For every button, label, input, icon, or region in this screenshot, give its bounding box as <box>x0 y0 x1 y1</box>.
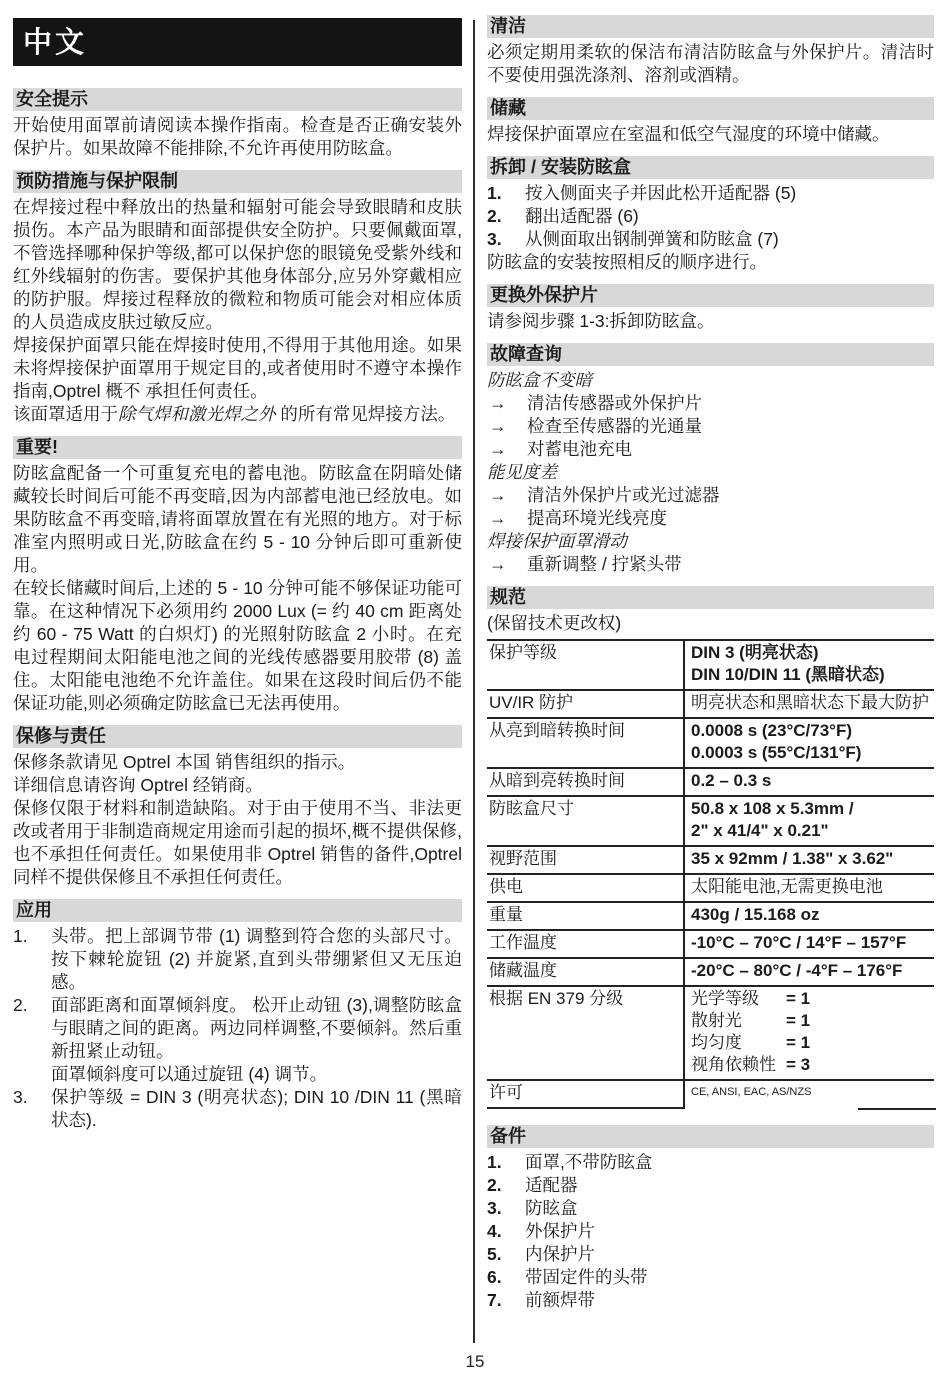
specs-note: (保留技术更改权) <box>487 612 934 635</box>
list-item: 5.内保护片 <box>487 1243 934 1266</box>
section-disassembly: 拆卸 / 安装防眩盒 1. 按入侧面夹子并因此松开适配器 (5) 2. 翻出适配… <box>487 156 934 274</box>
section-replace-lens: 更换外保护片 请参阅步骤 1-3:拆卸防眩盒。 <box>487 284 934 333</box>
section-heading-replace-lens: 更换外保护片 <box>487 284 934 307</box>
spec-label: UV/IR 防护 <box>487 690 684 718</box>
section-heading-safety: 安全提示 <box>13 88 462 111</box>
section-storage: 储藏 焊接保护面罩应在室温和低空气湿度的环境中储藏。 <box>487 97 934 146</box>
spec-label: 从亮到暗转换时间 <box>487 718 684 768</box>
page-number: 15 <box>0 1352 950 1372</box>
spec-value: -10°C – 70°C / 14°F – 157°F <box>684 930 934 958</box>
left-column: 中文 安全提示 开始使用面罩前请阅读本操作指南。检查是否正确安装外保护片。如果故… <box>13 18 462 1142</box>
paragraph-storage: 焊接保护面罩应在室温和低空气湿度的环境中储藏。 <box>487 123 934 146</box>
list-item: 6.带固定件的头带 <box>487 1266 934 1289</box>
paragraph-important-1: 防眩盒配备一个可重复充电的蓄电池。防眩盒在阴暗处储藏较长时间后可能不再变暗,因为… <box>13 462 462 577</box>
spec-value-line: -20°C – 80°C / -4°F – 176°F <box>691 960 930 982</box>
spec-label: 保护等级 <box>487 640 684 690</box>
spec-label: 储藏温度 <box>487 958 684 986</box>
section-heading-specs: 规范 <box>487 586 934 609</box>
spec-row: 视野范围 35 x 92mm / 1.38" x 3.62" <box>487 846 934 874</box>
spec-row: 重量 430g / 15.168 oz <box>487 902 934 930</box>
spec-value: 0.2 – 0.3 s <box>684 768 934 796</box>
section-heading-warranty: 保修与责任 <box>13 725 462 748</box>
text-run: 该面罩适用于 <box>13 404 118 424</box>
section-heading-cleaning: 清洁 <box>487 15 934 38</box>
section-heading-application: 应用 <box>13 899 462 922</box>
paragraph-precautions-2: 焊接保护面罩只能在焊接时使用,不得用于其他用途。如果未将焊接保护面罩用于规定目的… <box>13 334 462 403</box>
paragraph-precautions-3: 该面罩适用于除气焊和激光焊之外 的所有常见焊接方法。 <box>13 403 462 426</box>
paragraph-safety: 开始使用面罩前请阅读本操作指南。检查是否正确安装外保护片。如果故障不能排除,不允… <box>13 114 462 160</box>
text-run: 的所有常见焊接方法。 <box>276 404 456 424</box>
list-item-text: 从侧面取出钢制弹簧和防眩盒 (7) <box>525 228 934 251</box>
spec-row: 根据 EN 379 分级 光学等级= 1 散射光= 1 均匀度= 1 视角依赖性… <box>487 986 934 1080</box>
list-number: 2. <box>487 205 525 228</box>
spec-value-line: 明亮状态和黑暗状态下最大防护 <box>691 692 930 714</box>
list-item-text: 前额焊带 <box>525 1289 934 1312</box>
spec-value-line: 50.8 x 108 x 5.3mm / <box>691 798 930 820</box>
list-item: 4.外保护片 <box>487 1220 934 1243</box>
en379-line: 视角依赖性= 3 <box>691 1054 930 1076</box>
section-troubleshooting: 故障查询 防眩盒不变暗 →清洁传感器或外保护片 →检查至传感器的光通量 →对蓄电… <box>487 343 934 576</box>
spec-value-line: 2" x 41/4" x 0.21" <box>691 820 930 842</box>
solution-line: →重新调整 / 拧紧头带 <box>487 553 934 576</box>
spec-label: 供电 <box>487 874 684 902</box>
section-heading-troubleshooting: 故障查询 <box>487 343 934 366</box>
paragraph-precautions-1: 在焊接过程中释放出的热量和辐射可能会导致眼睛和皮肤损伤。本产品为眼睛和面部提供安… <box>13 196 462 334</box>
spec-value-line: CE, ANSI, EAC, AS/NZS <box>691 1082 930 1100</box>
spec-row: 保护等级 DIN 3 (明亮状态)DIN 10/DIN 11 (黑暗状态) <box>487 640 934 690</box>
spec-row: 储藏温度 -20°C – 80°C / -4°F – 176°F <box>487 958 934 986</box>
spec-value: DIN 3 (明亮状态)DIN 10/DIN 11 (黑暗状态) <box>684 640 934 690</box>
language-banner: 中文 <box>13 18 462 66</box>
manual-page: 中文 安全提示 开始使用面罩前请阅读本操作指南。检查是否正确安装外保护片。如果故… <box>0 0 950 1383</box>
spec-row: 许可 CE, ANSI, EAC, AS/NZS <box>487 1080 934 1108</box>
list-number: 3. <box>487 228 525 251</box>
spec-value: 0.0008 s (23°C/73°F)0.0003 s (55°C/131°F… <box>684 718 934 768</box>
arrow-icon: → <box>487 507 527 530</box>
section-heading-disassembly: 拆卸 / 安装防眩盒 <box>487 156 934 179</box>
list-item: 2. 翻出适配器 (6) <box>487 205 934 228</box>
spec-value: 太阳能电池,无需更换电池 <box>684 874 934 902</box>
paragraph-cleaning: 必须定期用柔软的保洁布清洁防眩盒与外保护片。清洁时不要使用强洗涤剂、溶剂或酒精。 <box>487 41 934 87</box>
problem-title: 防眩盒不变暗 <box>487 369 934 392</box>
section-precautions: 预防措施与保护限制 在焊接过程中释放出的热量和辐射可能会导致眼睛和皮肤损伤。本产… <box>13 170 462 426</box>
arrow-icon: → <box>487 484 527 507</box>
list-number: 1. <box>487 1151 525 1174</box>
list-item: 2.适配器 <box>487 1174 934 1197</box>
spec-value: 430g / 15.168 oz <box>684 902 934 930</box>
list-number: 2. <box>487 1174 525 1197</box>
list-item: 3. 保护等级 = DIN 3 (明亮状态); DIN 10 /DIN 11 (… <box>13 1086 462 1132</box>
section-cleaning: 清洁 必须定期用柔软的保洁布清洁防眩盒与外保护片。清洁时不要使用强洗涤剂、溶剂或… <box>487 15 934 87</box>
list-item-text: 内保护片 <box>525 1243 934 1266</box>
spec-value: -20°C – 80°C / -4°F – 176°F <box>684 958 934 986</box>
spec-label: 重量 <box>487 902 684 930</box>
spec-value: CE, ANSI, EAC, AS/NZS <box>684 1080 934 1108</box>
arrow-icon: → <box>487 553 527 576</box>
list-item: 1. 按入侧面夹子并因此松开适配器 (5) <box>487 182 934 205</box>
spec-value: 50.8 x 108 x 5.3mm /2" x 41/4" x 0.21" <box>684 796 934 846</box>
section-heading-spare-parts: 备件 <box>487 1125 934 1148</box>
solution-line: →对蓄电池充电 <box>487 438 934 461</box>
solution-line: →清洁外保护片或光过滤器 <box>487 484 934 507</box>
solution-text: 重新调整 / 拧紧头带 <box>527 553 682 576</box>
spec-label: 从暗到亮转换时间 <box>487 768 684 796</box>
list-item: 3. 从侧面取出钢制弹簧和防眩盒 (7) <box>487 228 934 251</box>
spec-label: 许可 <box>487 1080 684 1108</box>
arrow-icon: → <box>487 438 527 461</box>
arrow-icon: → <box>487 415 527 438</box>
section-application: 应用 1. 头带。把上部调节带 (1) 调整到符合您的头部尺寸。按下棘轮旋钮 (… <box>13 899 462 1132</box>
solution-text: 清洁外保护片或光过滤器 <box>527 484 720 507</box>
solution-text: 提高环境光线亮度 <box>527 507 667 530</box>
paragraph-warranty-2: 详细信息请咨询 Optrel 经销商。 <box>13 774 462 797</box>
spec-row: 从亮到暗转换时间 0.0008 s (23°C/73°F)0.0003 s (5… <box>487 718 934 768</box>
list-item: 3.防眩盒 <box>487 1197 934 1220</box>
spec-value-line: 0.0008 s (23°C/73°F) <box>691 720 930 742</box>
list-number: 6. <box>487 1266 525 1289</box>
paragraph-warranty-1: 保修条款请见 Optrel 本国 销售组织的指示。 <box>13 751 462 774</box>
spec-label: 根据 EN 379 分级 <box>487 986 684 1080</box>
list-item-text: 外保护片 <box>525 1220 934 1243</box>
spec-value-line: 0.0003 s (55°C/131°F) <box>691 742 930 764</box>
solution-text: 清洁传感器或外保护片 <box>527 392 702 415</box>
column-divider <box>473 20 475 1343</box>
solution-line: →清洁传感器或外保护片 <box>487 392 934 415</box>
en379-line: 光学等级= 1 <box>691 988 930 1010</box>
spec-value: 明亮状态和黑暗状态下最大防护 <box>684 690 934 718</box>
spec-row: 供电 太阳能电池,无需更换电池 <box>487 874 934 902</box>
spec-label: 视野范围 <box>487 846 684 874</box>
list-number: 3. <box>13 1086 51 1132</box>
en379-line: 均匀度= 1 <box>691 1032 930 1054</box>
spec-value-line: DIN 3 (明亮状态) <box>691 642 930 664</box>
list-number: 5. <box>487 1243 525 1266</box>
list-item-text: 头带。把上部调节带 (1) 调整到符合您的头部尺寸。按下棘轮旋钮 (2) 并旋紧… <box>51 925 462 994</box>
right-column: 清洁 必须定期用柔软的保洁布清洁防眩盒与外保护片。清洁时不要使用强洗涤剂、溶剂或… <box>487 15 934 1322</box>
spec-row: UV/IR 防护 明亮状态和黑暗状态下最大防护 <box>487 690 934 718</box>
spec-value-line: -10°C – 70°C / 14°F – 157°F <box>691 932 930 954</box>
section-safety: 安全提示 开始使用面罩前请阅读本操作指南。检查是否正确安装外保护片。如果故障不能… <box>13 88 462 160</box>
solution-text: 检查至传感器的光通量 <box>527 415 702 438</box>
spec-row: 工作温度 -10°C – 70°C / 14°F – 157°F <box>487 930 934 958</box>
spec-row: 从暗到亮转换时间 0.2 – 0.3 s <box>487 768 934 796</box>
list-item-text: 带固定件的头带 <box>525 1266 934 1289</box>
list-item-text: 面罩,不带防眩盒 <box>525 1151 934 1174</box>
section-heading-important: 重要! <box>13 436 462 459</box>
list-item: 1. 头带。把上部调节带 (1) 调整到符合您的头部尺寸。按下棘轮旋钮 (2) … <box>13 925 462 994</box>
spec-value-line: DIN 10/DIN 11 (黑暗状态) <box>691 664 930 686</box>
list-item-text: 防眩盒 <box>525 1197 934 1220</box>
list-item-text2: 面罩倾斜度可以通过旋钮 (4) 调节。 <box>51 1063 462 1086</box>
list-item-text: 适配器 <box>525 1174 934 1197</box>
list-number: 1. <box>487 182 525 205</box>
section-warranty: 保修与责任 保修条款请见 Optrel 本国 销售组织的指示。 详细信息请咨询 … <box>13 725 462 889</box>
solution-line: →提高环境光线亮度 <box>487 507 934 530</box>
list-number: 4. <box>487 1220 525 1243</box>
list-item-text: 面部距离和面罩倾斜度。 松开止动钮 (3),调整防眩盒与眼睛之间的距离。两边同样… <box>51 994 462 1063</box>
arrow-icon: → <box>487 392 527 415</box>
spec-value-line: 太阳能电池,无需更换电池 <box>691 876 930 898</box>
paragraph-replace-lens: 请参阅步骤 1-3:拆卸防眩盒。 <box>487 310 934 333</box>
paragraph-warranty-3: 保修仅限于材料和制造缺陷。对于由于使用不当、非法更改或者用于非制造商规定用途而引… <box>13 797 462 889</box>
spec-value-line: 35 x 92mm / 1.38" x 3.62" <box>691 848 930 870</box>
section-heading-storage: 储藏 <box>487 97 934 120</box>
list-number: 2. <box>13 994 51 1086</box>
list-number: 1. <box>13 925 51 994</box>
list-item: 2. 面部距离和面罩倾斜度。 松开止动钮 (3),调整防眩盒与眼睛之间的距离。两… <box>13 994 462 1086</box>
list-item-text: 翻出适配器 (6) <box>525 205 934 228</box>
spec-value: 光学等级= 1 散射光= 1 均匀度= 1 视角依赖性= 3 <box>684 986 934 1080</box>
solution-line: →检查至传感器的光通量 <box>487 415 934 438</box>
spec-label: 防眩盒尺寸 <box>487 796 684 846</box>
solution-text: 对蓄电池充电 <box>527 438 632 461</box>
italic-run: 除气焊和激光焊之外 <box>118 404 276 424</box>
problem-title: 焊接保护面罩滑动 <box>487 530 934 553</box>
paragraph-important-2: 在较长储藏时间后,上述的 5 - 10 分钟可能不够保证功能可靠。在这种情况下必… <box>13 577 462 715</box>
spec-value-line: 0.2 – 0.3 s <box>691 770 930 792</box>
list-number: 3. <box>487 1197 525 1220</box>
list-number: 7. <box>487 1289 525 1312</box>
spec-value: 35 x 92mm / 1.38" x 3.62" <box>684 846 934 874</box>
spec-table: 保护等级 DIN 3 (明亮状态)DIN 10/DIN 11 (黑暗状态) UV… <box>487 639 934 1109</box>
list-item-text: 保护等级 = DIN 3 (明亮状态); DIN 10 /DIN 11 (黑暗状… <box>51 1086 462 1132</box>
section-important: 重要! 防眩盒配备一个可重复充电的蓄电池。防眩盒在阴暗处储藏较长时间后可能不再变… <box>13 436 462 715</box>
list-item: 1.面罩,不带防眩盒 <box>487 1151 934 1174</box>
list-item-text: 按入侧面夹子并因此松开适配器 (5) <box>525 182 934 205</box>
section-heading-precautions: 预防措施与保护限制 <box>13 170 462 193</box>
problem-title: 能见度差 <box>487 461 934 484</box>
section-spare-parts: 备件 1.面罩,不带防眩盒 2.适配器 3.防眩盒 4.外保护片 5.内保护片 … <box>487 1125 934 1312</box>
section-specs: 规范 (保留技术更改权) 保护等级 DIN 3 (明亮状态)DIN 10/DIN… <box>487 586 934 1109</box>
spec-value-line: 430g / 15.168 oz <box>691 904 930 926</box>
paragraph-disassembly-note: 防眩盒的安装按照相反的顺序进行。 <box>487 251 934 274</box>
spec-row: 防眩盒尺寸 50.8 x 108 x 5.3mm /2" x 41/4" x 0… <box>487 796 934 846</box>
spec-label: 工作温度 <box>487 930 684 958</box>
en379-line: 散射光= 1 <box>691 1010 930 1032</box>
list-item: 7.前额焊带 <box>487 1289 934 1312</box>
